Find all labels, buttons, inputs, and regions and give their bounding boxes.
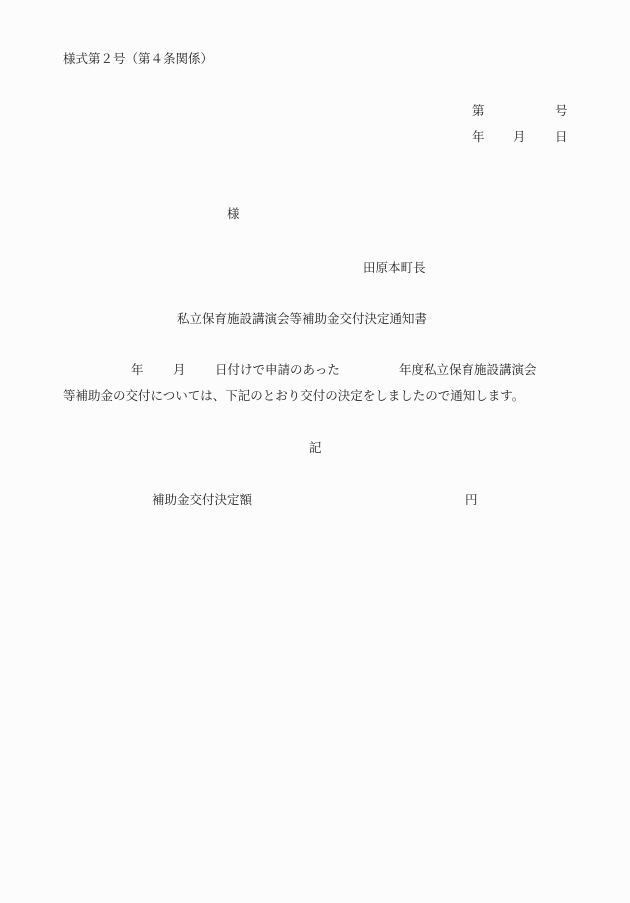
document-page: 様式第２号（第４条関係） 第 号 年 月 日 様 田原本町長 私立保育施設講演会…	[0, 0, 630, 903]
number-prefix: 第	[472, 105, 485, 118]
sender-name: 田原本町長	[363, 262, 426, 275]
form-label: 様式第２号（第４条関係）	[63, 53, 213, 66]
body-month: 月	[173, 364, 186, 377]
body-year: 年	[131, 364, 144, 377]
date-day: 日	[555, 131, 568, 144]
amount-unit: 円	[465, 494, 478, 507]
number-suffix: 号	[555, 105, 568, 118]
amount-label: 補助金交付決定額	[152, 494, 252, 507]
document-title: 私立保育施設講演会等補助金交付決定通知書	[177, 313, 427, 326]
date-month: 月	[513, 131, 526, 144]
addressee-honorific: 様	[227, 208, 240, 221]
body-text2: 年度私立保育施設講演会	[399, 364, 537, 377]
ki-label: 記	[309, 442, 322, 455]
date-year: 年	[472, 131, 485, 144]
body-text1: 日付けで申請のあった	[215, 364, 340, 377]
body-line2: 等補助金の交付については、下記のとおり交付の決定をしましたので通知します。	[63, 390, 524, 403]
